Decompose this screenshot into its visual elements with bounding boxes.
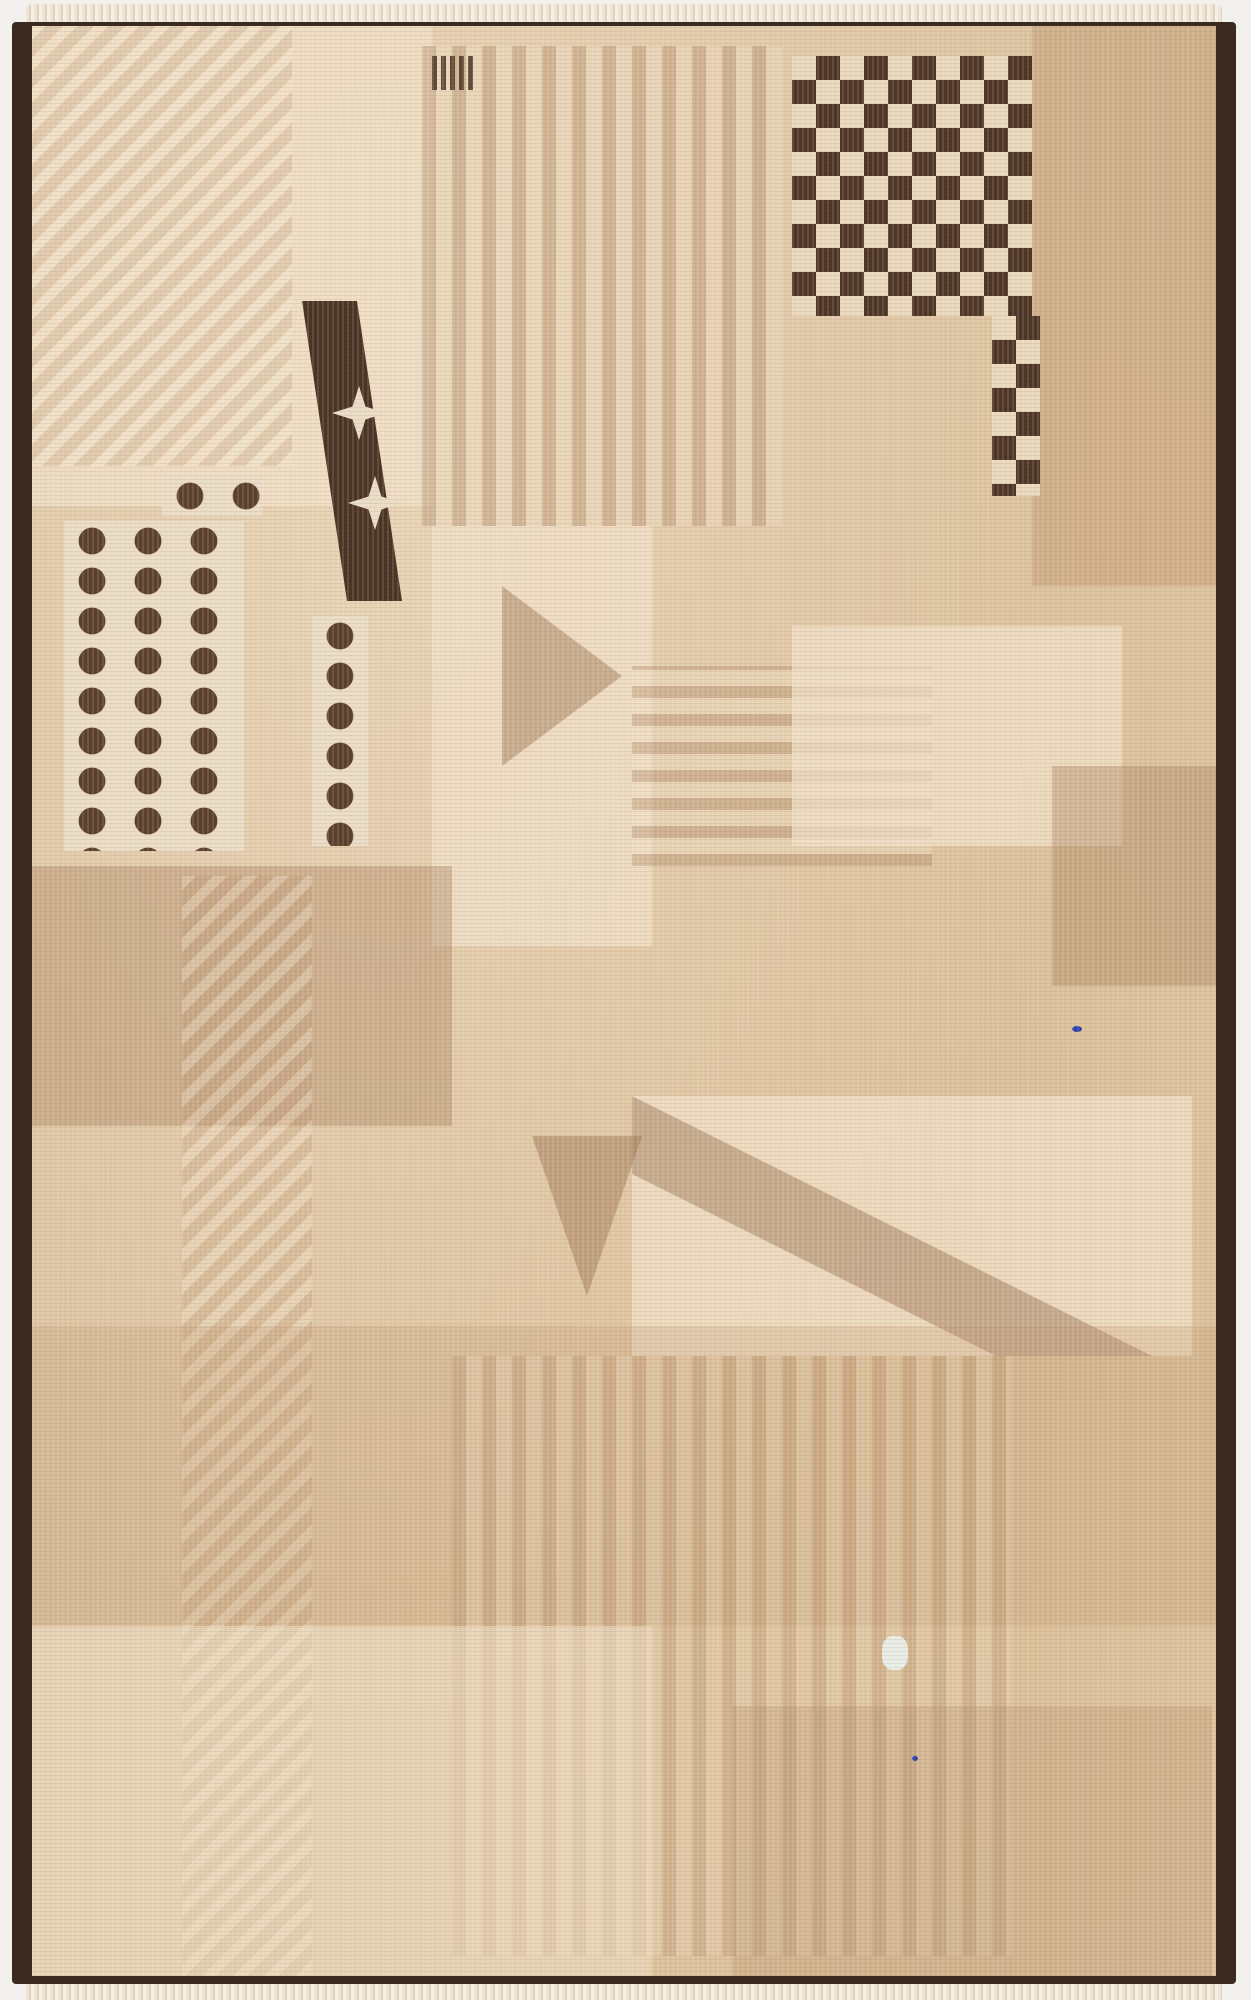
patch-bottom-left [32, 1626, 652, 1976]
knot-glyph-grid [64, 521, 244, 851]
rug [12, 22, 1236, 1984]
patch-right-mid [1052, 766, 1216, 986]
blue-yarn-fleck [1072, 1026, 1082, 1032]
patch-lower-right-band [632, 1096, 1192, 1356]
worn-pale-spot [882, 1636, 908, 1670]
triangle-motif-lower [532, 1136, 642, 1296]
knot-glyph-column [312, 616, 368, 846]
patch-bottom-right [732, 1706, 1212, 1976]
monogram-mark [432, 56, 474, 90]
blue-yarn-fleck [912, 1756, 918, 1761]
checkerboard-tail [992, 316, 1040, 496]
checkerboard-panel [792, 56, 1032, 316]
diagonal-stripes-upper-left [32, 26, 292, 466]
knot-glyph-pair [162, 476, 262, 516]
rug-field [32, 26, 1216, 1976]
vertical-stripe-panel [422, 46, 782, 526]
patch-upper-right [1032, 26, 1216, 586]
bottom-fringe [26, 1982, 1222, 2000]
